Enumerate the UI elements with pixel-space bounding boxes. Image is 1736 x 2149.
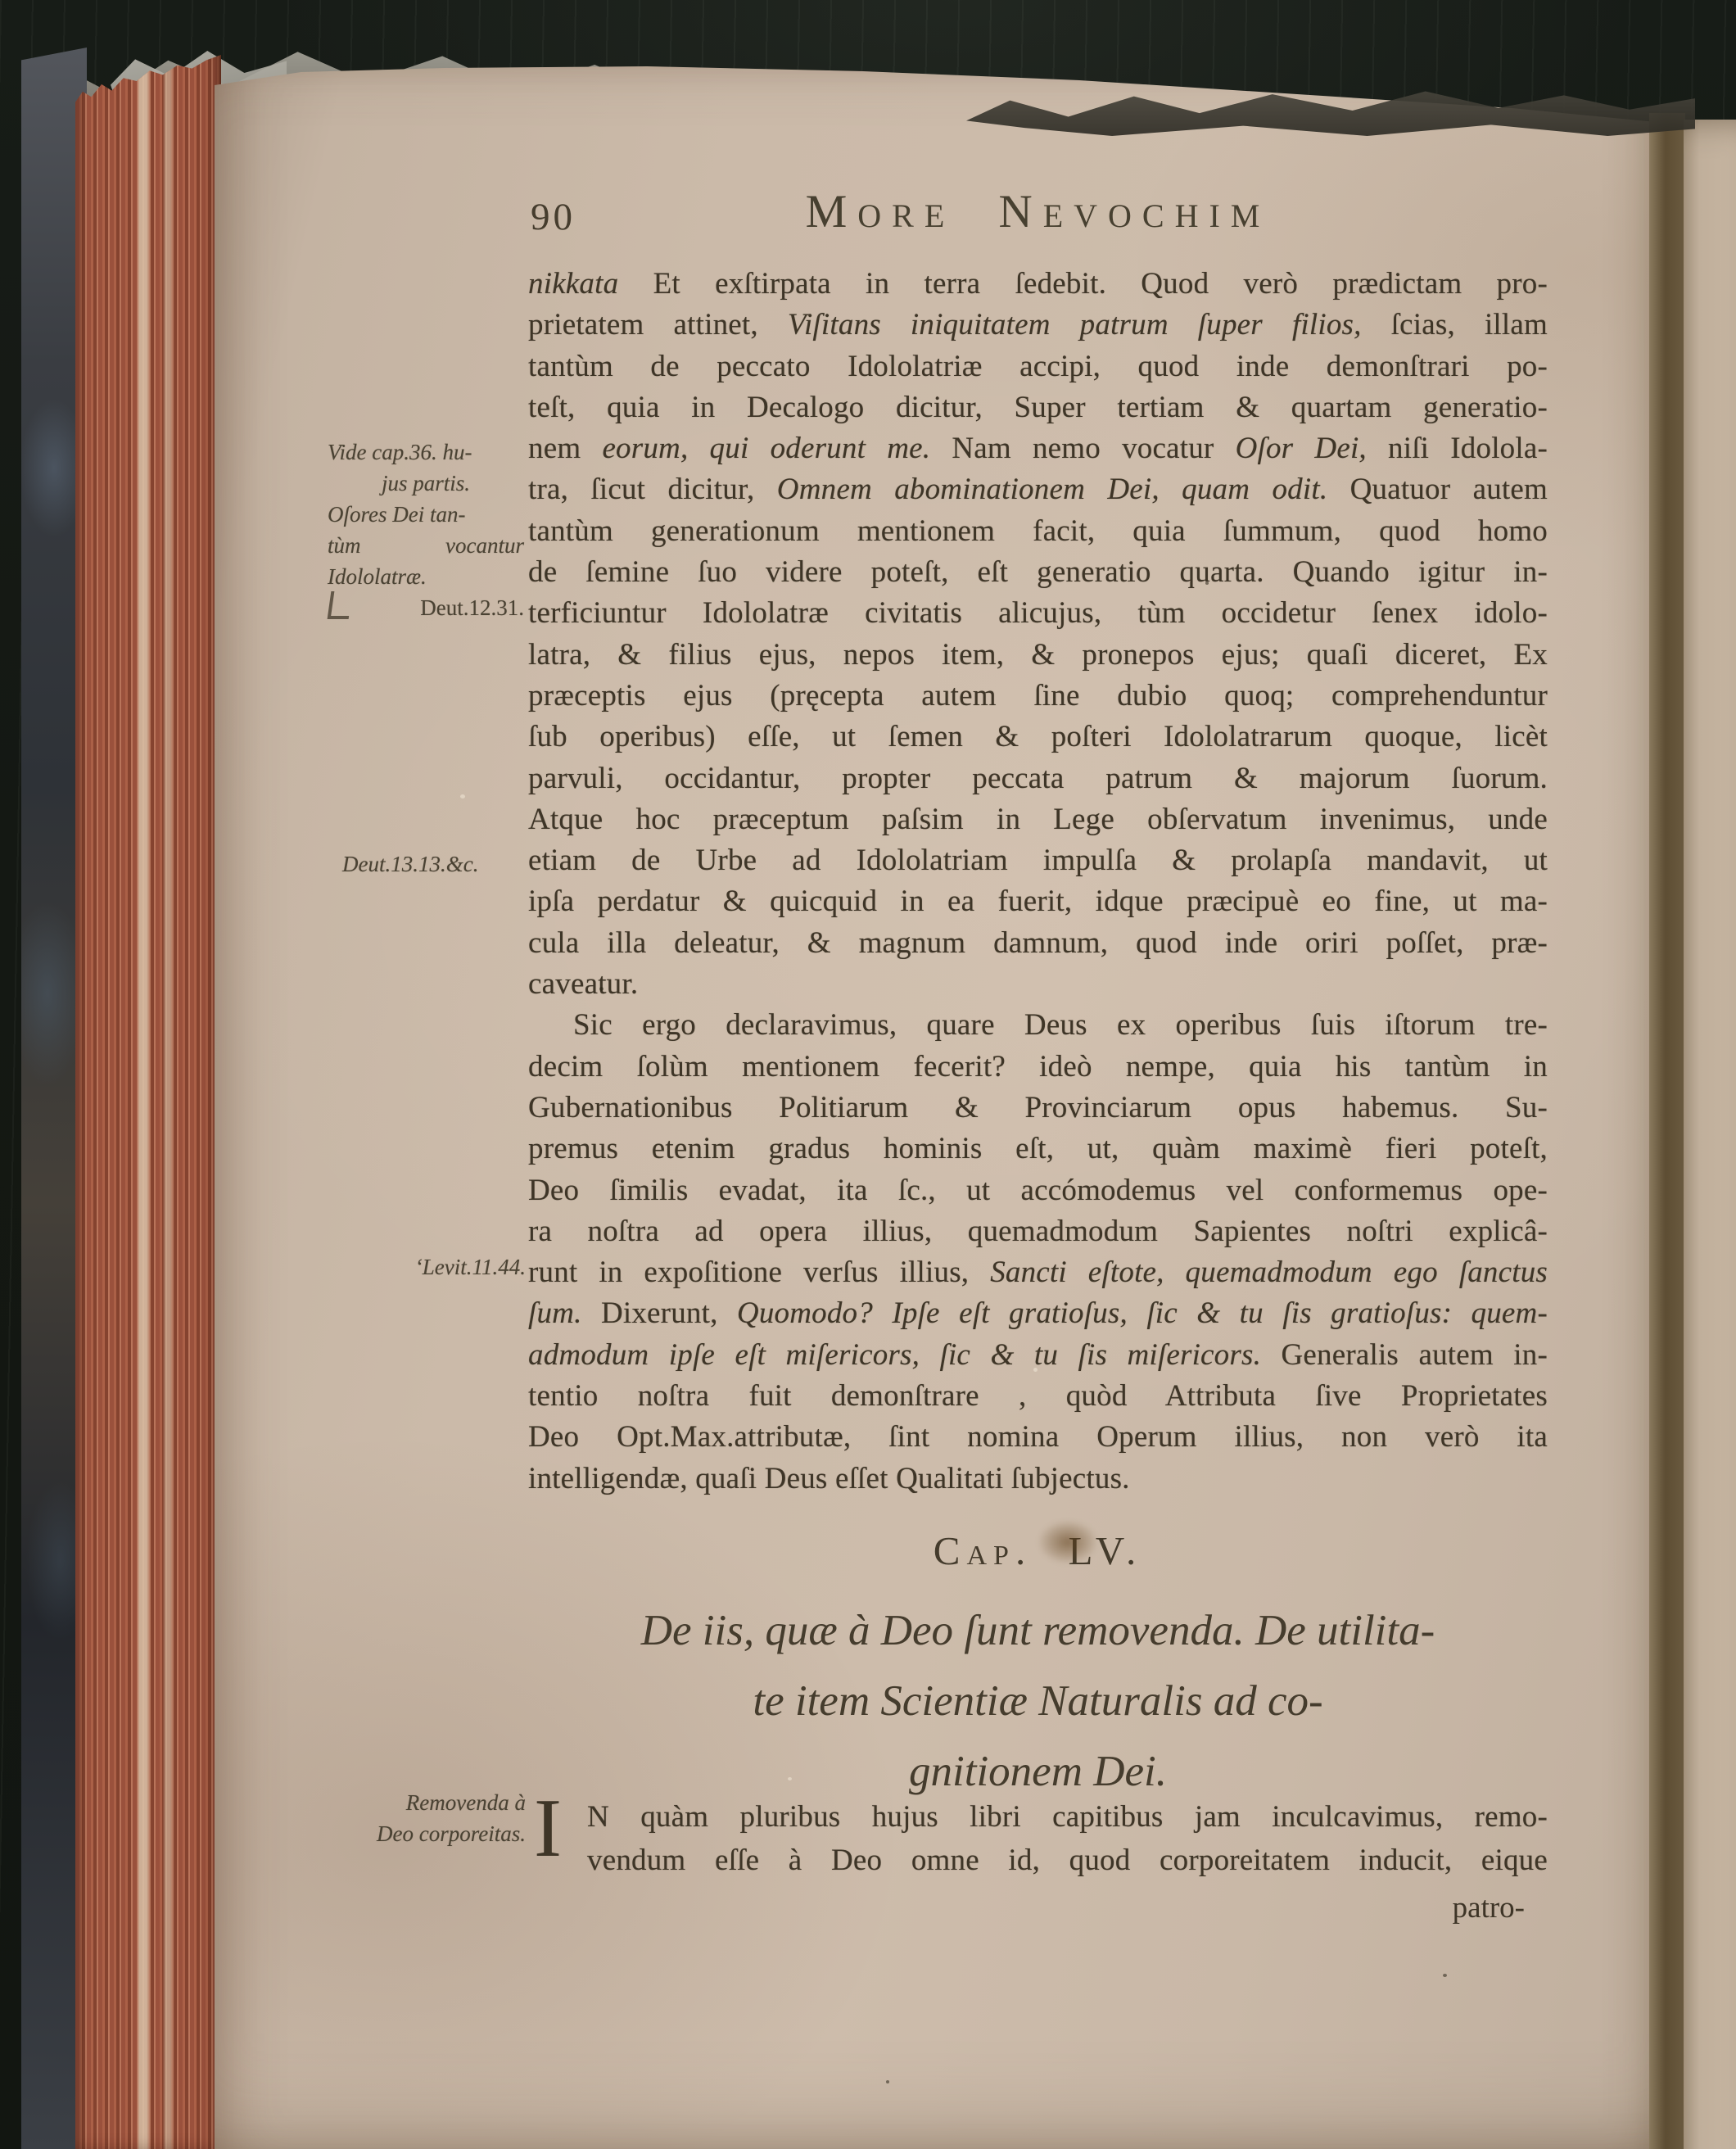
sprinkled-page-edges: [75, 48, 221, 2149]
chapter-title-line: te item Scientiæ Naturalis ad co-: [491, 1666, 1585, 1736]
paper-fleck: [1492, 409, 1497, 414]
body-text-line: runt in expoſitione verſus illius, Sanct…: [528, 1252, 1548, 1293]
ink-smudge: [1038, 1520, 1098, 1564]
intro-line: vendum eſſe à Deo omne id, quod corporei…: [587, 1839, 1548, 1882]
intro-line: N quàm pluribus hujus libri capitibus ja…: [587, 1795, 1548, 1839]
body-text-line: præceptis ejus (pręcepta autem ſine dubi…: [528, 676, 1548, 717]
body-text-line: ipſa perdatur & quicquid in ea fuerit, i…: [528, 881, 1548, 922]
intro-paragraph: N quàm pluribus hujus libri capitibus ja…: [587, 1795, 1548, 1882]
dust-speck: [599, 987, 604, 991]
body-text-line: tantùm de peccato Idololatriæ accipi, qu…: [528, 346, 1548, 387]
body-text-line: nem eorum, qui oderunt me. Nam nemo voca…: [528, 428, 1548, 469]
body-text-line: premus etenim gradus hominis eſt, ut, qu…: [528, 1129, 1548, 1170]
margin-note-line: Deut.12.31.: [328, 592, 524, 623]
body-text-line: Deo ſimilis evadat, ita ſc., ut accómode…: [528, 1170, 1548, 1211]
body-text-line: intelligendæ, quaſi Deus eſſet Qualitati…: [528, 1459, 1548, 1500]
body-text-line: decim ſolùm mentionem fecerit? ideò nemp…: [528, 1047, 1548, 1088]
body-text-line: de ſemine ſuo videre poteſt, eſt generat…: [528, 552, 1548, 593]
body-text-line: tentio noſtra fuit demonſtrare , quòd At…: [528, 1376, 1548, 1417]
margin-note-line: Idololatræ.: [328, 561, 524, 592]
paper-fleck: [1033, 1368, 1038, 1372]
margin-note-line: Deut.13.13.&c.: [342, 848, 527, 880]
margin-note-line: jus partis.: [328, 468, 524, 499]
body-text-line: ſub operibus) eſſe, ut ſemen & poſteri I…: [528, 717, 1548, 758]
book-gutter-shadow: [1649, 113, 1685, 2149]
paper-fleck: [788, 1777, 792, 1780]
body-text: nikkata Et exſtirpata in terra ſedebit. …: [528, 264, 1548, 1500]
body-text-line: latra, & filius ejus, nepos item, & pron…: [528, 635, 1548, 676]
body-text-line: Deo Opt.Max.attributæ, ſint nomina Operu…: [528, 1417, 1548, 1458]
dust-speck: [886, 2080, 889, 2083]
body-text-line: nikkata Et exſtirpata in terra ſedebit. …: [528, 264, 1548, 305]
facing-page-edge: [1684, 120, 1736, 2149]
body-text-line: Gubernationibus Politiarum & Provinciaru…: [528, 1088, 1548, 1129]
body-text-line: cula illa deleatur, & magnum damnum, quo…: [528, 923, 1548, 964]
body-text-line: ra noſtra ad opera illius, quemadmodum S…: [528, 1211, 1548, 1252]
body-text-line: Sic ergo declaravimus, quare Deus ex ope…: [528, 1005, 1548, 1046]
chapter-title-line: De iis, quæ à Deo ſunt removenda. De uti…: [491, 1595, 1585, 1666]
body-text-line: terficiuntur Idololatræ civitatis alicuj…: [528, 593, 1548, 634]
body-text-line: Atque hoc præceptum paſsim in Lege obſer…: [528, 799, 1548, 840]
dust-speck: [1443, 1974, 1447, 1977]
chapter-heading: Cap. LV.: [528, 1527, 1548, 1574]
margin-note-line: tùm vocantur: [328, 530, 524, 561]
book-page: 90 More Nevochim Vide cap.36. hu- jus pa…: [215, 57, 1656, 2149]
dust-speck: [1205, 581, 1209, 585]
body-text-line: tantùm generationum mentionem facit, qui…: [528, 511, 1548, 552]
paper-fleck: [460, 794, 465, 799]
margin-note-line: Deo corporeitas.: [329, 1818, 526, 1849]
body-text-line: prietatem attinet, Viſitans iniquitatem …: [528, 305, 1548, 346]
catchword: patro-: [528, 1890, 1548, 1925]
chapter-title: De iis, quæ à Deo ſunt removenda. De uti…: [491, 1595, 1585, 1807]
body-text-line: admodum ipſe eſt miſericors, ſic & tu ſi…: [528, 1335, 1548, 1376]
body-text-line: parvuli, occidantur, propter peccata pat…: [528, 758, 1548, 799]
body-text-line: teſt, quia in Decalogo dicitur, Super te…: [528, 387, 1548, 428]
book-scan-photo: 90 More Nevochim Vide cap.36. hu- jus pa…: [0, 0, 1736, 2149]
margin-note-line: ‘Levit.11.44.: [337, 1251, 526, 1283]
body-text-line: caveatur.: [528, 964, 1548, 1005]
margin-note-line: Oſores Dei tan-: [328, 499, 524, 530]
margin-note-deut-13: Deut.13.13.&c.: [342, 848, 527, 880]
body-text-line: tra, ſicut dicitur, Omnem abominationem …: [528, 469, 1548, 510]
running-header: More Nevochim: [528, 185, 1548, 238]
margin-note-vide-cap36: Vide cap.36. hu- jus partis. Oſores Dei …: [328, 437, 524, 623]
pen-mark: [328, 591, 353, 619]
margin-note-levit-11-44: ‘Levit.11.44.: [337, 1251, 526, 1283]
drop-cap-initial: I: [534, 1787, 562, 1871]
body-text-line: ſum. Dixerunt, Quomodo? Ipſe eſt gratioſ…: [528, 1293, 1548, 1334]
margin-note-line: Vide cap.36. hu-: [328, 437, 524, 468]
body-text-line: etiam de Urbe ad Idololatriam impulſa & …: [528, 840, 1548, 881]
